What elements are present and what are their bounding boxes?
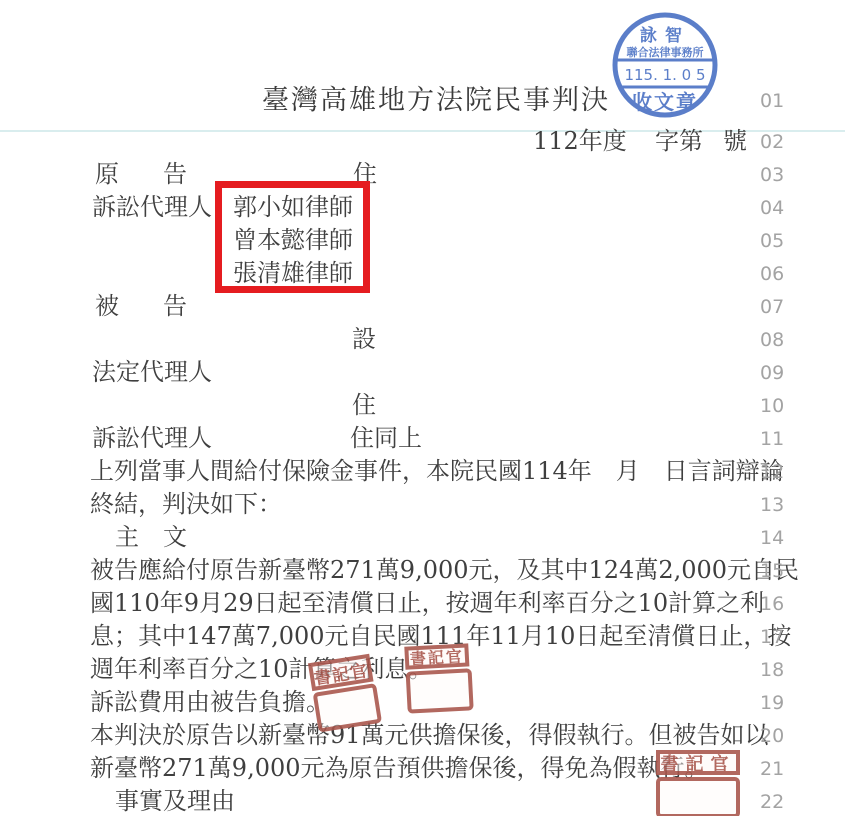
doc-line-segment: 上列當事人間給付保險金事件，本院民國114年 月 日言詞辯論 xyxy=(90,455,784,488)
doc-line-segment: 告 xyxy=(163,290,187,323)
doc-line: 終結，判決如下： xyxy=(0,488,760,521)
line-number: 07 xyxy=(760,295,794,319)
clerk-stamp-label: 書記官 xyxy=(312,656,369,689)
doc-line: 曾本懿律師 xyxy=(0,224,760,257)
doc-line-segment: 被告應給付原告新臺幣271萬9,000元，及其中124萬2,000元自民 xyxy=(90,554,799,587)
clerk-stamp-label: 書記官 xyxy=(409,644,464,670)
scanned-court-judgment-page: 詠智 聯合法律事務所 115. 1. 0 5 收文章 臺灣高雄地方法院民事判決0… xyxy=(0,0,845,816)
highlight-annotation-box xyxy=(215,181,370,293)
doc-line-segment: 住同上 xyxy=(350,422,422,455)
doc-line: 張清雄律師 xyxy=(0,257,760,290)
clerk-stamp-label: 書記官 xyxy=(661,750,736,775)
line-number: 15 xyxy=(760,559,794,583)
stamp-firm-band: 聯合法律事務所 xyxy=(627,45,704,59)
doc-line: 原告住 xyxy=(0,158,760,191)
doc-line-segment: 新臺幣271萬9,000元為原告預供擔保後，得免為假執行。 xyxy=(90,752,709,785)
line-number: 21 xyxy=(760,757,794,781)
doc-line-segment: 臺灣高雄地方法院民事判決 xyxy=(262,84,610,117)
doc-line-segment: 國110年9月29日起至清償日止，按週年利率百分之10計算之利 xyxy=(90,587,764,620)
doc-line: 設 xyxy=(0,323,760,356)
doc-line-segment: 週年利率百分之10計算之利息。 xyxy=(90,653,433,686)
doc-line: 訴訟代理人住同上 xyxy=(0,422,760,455)
doc-line: 國110年9月29日起至清償日止，按週年利率百分之10計算之利 xyxy=(0,587,760,620)
clerk-stamp-bottom-right: 書記官 xyxy=(656,750,740,816)
doc-line: 週年利率百分之10計算之利息。 xyxy=(0,653,760,686)
doc-line-segment: 設 xyxy=(352,323,376,356)
line-number: 13 xyxy=(760,493,794,517)
line-number: 20 xyxy=(760,724,794,748)
doc-line-segment: 訴訟代理人 xyxy=(92,191,212,224)
clerk-stamp-signature-box xyxy=(656,777,740,816)
line-number: 18 xyxy=(760,658,794,682)
doc-line-segment: 訴訟費用由被告負擔。 xyxy=(90,686,330,719)
clerk-stamp-signature-box xyxy=(406,668,474,713)
line-number: 01 xyxy=(760,89,794,113)
doc-line-segment: 原 xyxy=(95,158,119,191)
clerk-stamp-middle: 書記官 xyxy=(404,643,473,713)
line-number: 02 xyxy=(760,130,794,154)
line-number: 09 xyxy=(760,361,794,385)
line-number: 14 xyxy=(760,526,794,550)
line-number: 05 xyxy=(760,229,794,253)
doc-line-segment: 被 xyxy=(95,290,119,323)
doc-line: 被告應給付原告新臺幣271萬9,000元，及其中124萬2,000元自民 xyxy=(0,554,760,587)
doc-line-segment: 住 xyxy=(352,389,376,422)
doc-line: 主 文 xyxy=(0,521,760,554)
doc-line: 新臺幣271萬9,000元為原告預供擔保後，得免為假執行。 xyxy=(0,752,760,785)
line-number: 03 xyxy=(760,163,794,187)
doc-line-segment: 訴訟代理人 xyxy=(92,422,212,455)
line-number: 16 xyxy=(760,592,794,616)
line-number: 08 xyxy=(760,328,794,352)
doc-line-segment: 112年度 xyxy=(533,125,627,158)
line-number: 22 xyxy=(760,790,794,814)
doc-line: 112年度字第號 xyxy=(0,125,760,158)
doc-line-segment: 主 文 xyxy=(115,521,187,554)
doc-line: 法定代理人 xyxy=(0,356,760,389)
doc-line: 被告 xyxy=(0,290,760,323)
line-number: 06 xyxy=(760,262,794,286)
line-number: 11 xyxy=(760,427,794,451)
doc-line-segment: 字第 xyxy=(655,125,703,158)
doc-line: 息；其中147萬7,000元自民國111年11月10日起至清償日止，按 xyxy=(0,620,760,653)
line-number: 12 xyxy=(760,460,794,484)
line-number: 04 xyxy=(760,196,794,220)
doc-line-segment: 事實及理由 xyxy=(115,785,235,816)
doc-line: 住 xyxy=(0,389,760,422)
doc-line: 訴訟代理人郭小如律師 xyxy=(0,191,760,224)
line-number: 10 xyxy=(760,394,794,418)
doc-line: 事實及理由 xyxy=(0,785,760,816)
document-title: 臺灣高雄地方法院民事判決 xyxy=(0,84,760,117)
doc-line: 上列當事人間給付保險金事件，本院民國114年 月 日言詞辯論 xyxy=(0,455,760,488)
doc-line-segment: 告 xyxy=(163,158,187,191)
line-number: 19 xyxy=(760,691,794,715)
doc-line-segment: 法定代理人 xyxy=(92,356,212,389)
doc-line: 本判決於原告以新臺幣91萬元供擔保後，得假執行。但被告如以 xyxy=(0,719,760,752)
doc-line-segment: 號 xyxy=(723,125,747,158)
stamp-firm-top: 詠智 xyxy=(640,25,690,46)
doc-line-segment: 終結，判決如下： xyxy=(90,488,282,521)
line-number: 17 xyxy=(760,625,794,649)
stamp-date: 115. 1. 0 5 xyxy=(624,66,705,84)
doc-line-segment: 本判決於原告以新臺幣91萬元供擔保後，得假執行。但被告如以 xyxy=(90,719,769,752)
clerk-stamp-left: 書記官 xyxy=(308,653,382,732)
